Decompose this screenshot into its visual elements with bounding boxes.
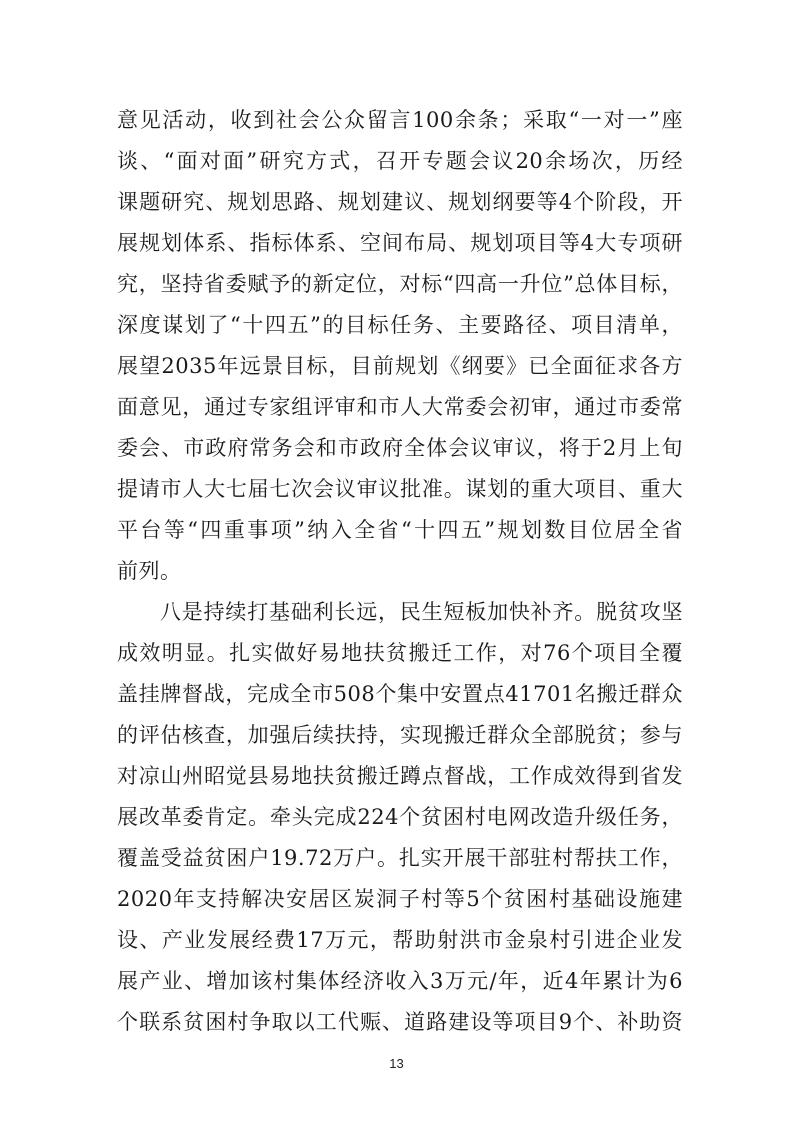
- document-page: 意见活动，收到社会公众留言100余条；采取“一对一”座 谈、“面对面”研究方式，…: [0, 0, 793, 1122]
- text-line: 设、产业发展经费17万元，帮助射洪市金泉村引进企业发: [117, 924, 683, 956]
- page-number: 13: [0, 1056, 793, 1071]
- text-line: 展产业、增加该村集体经济收入3万元/年，近4年累计为6: [117, 965, 683, 997]
- text-line: 展规划体系、指标体系、空间布局、规划项目等4大专项研: [117, 227, 683, 259]
- text-line: 委会、市政府常务会和市政府全体会议审议，将于2月上旬: [117, 432, 683, 464]
- text-line: 盖挂牌督战，完成全市508个集中安置点41701名搬迁群众: [117, 678, 683, 710]
- text-line: 意见活动，收到社会公众留言100余条；采取“一对一”座: [117, 104, 683, 136]
- paragraph-first-line: 八是持续打基础利长远，民生短板加快补齐。脱贫攻坚: [160, 596, 683, 628]
- text-line: 深度谋划了“十四五”的目标任务、主要路径、项目清单，: [117, 309, 683, 341]
- text-line: 对凉山州昭觉县易地扶贫搬迁蹲点督战，工作成效得到省发: [117, 760, 683, 792]
- text-line: 的评估核查，加强后续扶持，实现搬迁群众全部脱贫；参与: [117, 719, 683, 751]
- text-line: 展望2035年远景目标，目前规划《纲要》已全面征求各方: [117, 350, 683, 382]
- text-line: 究，坚持省委赋予的新定位，对标“四高一升位”总体目标，: [117, 268, 683, 300]
- text-line: 覆盖受益贫困户19.72万户。扎实开展干部驻村帮扶工作，: [117, 842, 683, 874]
- text-line: 个联系贫困村争取以工代赈、道路建设等项目9个、补助资: [117, 1006, 683, 1038]
- text-line: 课题研究、规划思路、规划建议、规划纲要等4个阶段，开: [117, 186, 683, 218]
- text-line: 2020年支持解决安居区炭洞子村等5个贫困村基础设施建: [117, 883, 683, 915]
- text-line: 平台等“四重事项”纳入全省“十四五”规划数目位居全省: [117, 514, 683, 546]
- text-line: 谈、“面对面”研究方式，召开专题会议20余场次，历经: [117, 145, 683, 177]
- text-line: 提请市人大七届七次会议审议批准。谋划的重大项目、重大: [117, 473, 683, 505]
- text-line: 成效明显。扎实做好易地扶贫搬迁工作，对76个项目全覆: [117, 637, 683, 669]
- text-line: 展改革委肯定。牵头完成224个贫困村电网改造升级任务，: [117, 801, 683, 833]
- text-line: 面意见，通过专家组评审和市人大常委会初审，通过市委常: [117, 391, 683, 423]
- text-line: 前列。: [117, 555, 683, 587]
